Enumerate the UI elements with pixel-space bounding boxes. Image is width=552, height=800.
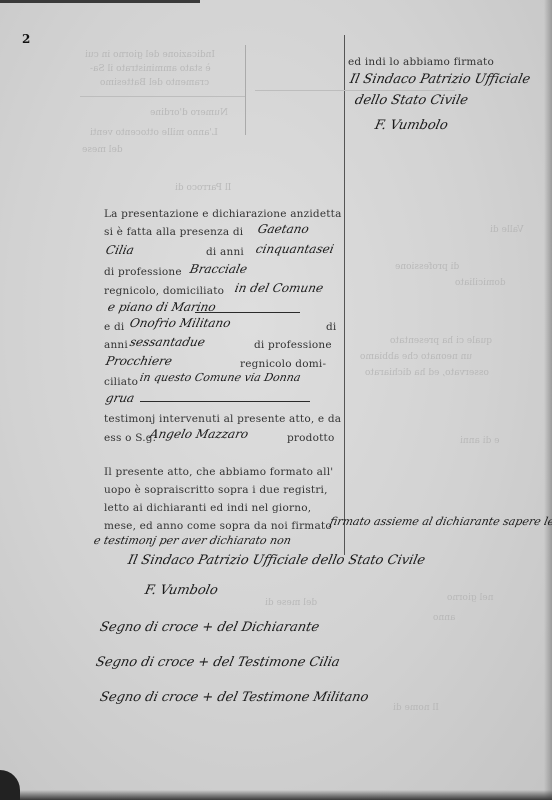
printed-line: testimonj intervenuti al presente atto, … (104, 412, 341, 426)
printed-line: Il presente atto, che abbiamo formato al… (104, 465, 333, 479)
bleed-text: Indicazione del giorno in cui (85, 50, 215, 60)
printed-line: di (326, 320, 336, 334)
scan-edge-right (544, 0, 552, 800)
declarant-mark: Segno di croce + del Dichiarante (98, 620, 320, 635)
page-number: 2 (22, 32, 30, 46)
printed-line: letto ai dichiaranti ed indi nel giorno, (104, 501, 311, 515)
bleed-text: anno (433, 613, 455, 623)
ghost-divider (245, 45, 246, 135)
witness1-mark: Segno di croce + del Testimone Cilia (94, 655, 341, 670)
fill-stroke (140, 401, 310, 402)
right-signature-name: F. Vumbolo (373, 118, 449, 133)
bleed-text: domiciliato (455, 278, 506, 288)
printed-line: La presentazione e dichiarazione anzidet… (104, 207, 342, 221)
witness2-domicile: in questo Comune via Donna (139, 371, 302, 384)
bleed-text: un neonato che abbiamo (360, 352, 472, 362)
bleed-rule (255, 90, 455, 91)
bleed-text: di professione (395, 262, 459, 272)
printed-line: regnicolo, domiciliato (104, 284, 224, 298)
bleed-text: Il Parroco di (175, 183, 231, 193)
witness2-mark: Segno di croce + del Testimone Militano (98, 690, 370, 705)
printed-line: di professione (104, 265, 182, 279)
right-printed-header: ed indi lo abbiamo firmato (348, 55, 494, 69)
bleed-text: del mese (82, 145, 123, 155)
handwritten-note: firmato assieme al dichiarante sapere le… (329, 515, 552, 528)
printed-line: regnicolo domi- (240, 357, 326, 371)
bleed-text: e di anni (460, 436, 500, 446)
printed-line: prodotto (287, 431, 334, 445)
scan-corner (0, 770, 20, 800)
bleed-text: nel giorno (447, 593, 493, 603)
printed-line: e di (104, 320, 124, 334)
right-signature-line2: dello Stato Civile (353, 93, 469, 108)
producer-name: Angelo Mazzaro (149, 427, 250, 441)
fill-stroke (195, 312, 300, 313)
bleed-text: del mese di (265, 598, 317, 608)
bleed-text: Valle di (490, 225, 524, 235)
scanned-document-page: 2 Indicazione del giorno in cui è stato … (0, 0, 552, 800)
printed-line: si è fatta alla presenza di (104, 225, 243, 239)
witness2-name: Onofrio Militano (129, 316, 233, 330)
bleed-text: è stato amministrato il Sa- (90, 64, 211, 74)
witness1-domicile: in del Comune (234, 281, 325, 295)
printed-line: di professione (254, 338, 332, 352)
printed-line: mese, ed anno come sopra da noi firmato (104, 519, 332, 533)
witness2-profession: Procchiere (105, 354, 174, 368)
right-signature-line1: Il Sindaco Patrizio Ufficiale (348, 72, 531, 87)
witness1-surname: Cilia (105, 243, 136, 257)
bleed-text: Il nome di (393, 703, 439, 713)
bleed-text: cramento del Battesimo (100, 78, 209, 88)
printed-line: ciliato (104, 375, 138, 389)
bleed-text: L'anno mille ottocento venti (90, 128, 218, 138)
witness1-profession: Bracciale (189, 262, 249, 276)
printed-line: anni (104, 338, 128, 352)
bleed-rule (80, 96, 245, 97)
scan-edge-bottom (0, 790, 552, 800)
witness2-domicile-cont: grua (105, 391, 136, 405)
official-signature: Il Sindaco Patrizio Ufficiale dello Stat… (126, 553, 426, 568)
bleed-text: osservato, ed ha dichiarato (365, 368, 489, 378)
scan-edge-top (0, 0, 200, 3)
official-name: F. Vumbolo (143, 583, 219, 598)
witness1-age: cinquantasei (255, 242, 336, 256)
column-divider (344, 35, 345, 555)
witness2-age: sessantadue (129, 335, 207, 349)
handwritten-note: e testimonj per aver dichiarato non (93, 534, 293, 547)
bleed-text: quale ci ha presentato (390, 336, 492, 346)
printed-line: uopo è sopraiscritto sopra i due registr… (104, 483, 328, 497)
bleed-text: Numero d'ordine (150, 108, 228, 118)
witness1-name: Gaetano (257, 222, 311, 236)
printed-line: di anni (206, 245, 244, 259)
